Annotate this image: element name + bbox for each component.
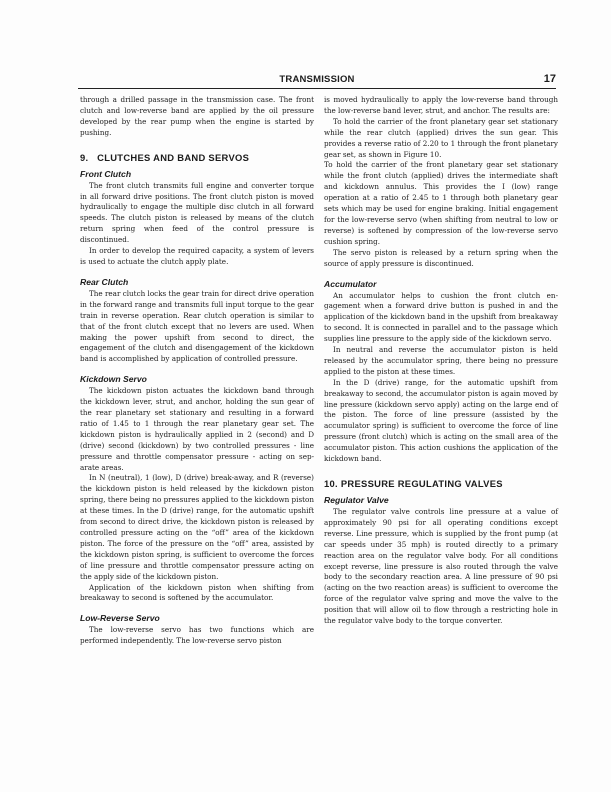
- paragraph: Application of the kickdown piston when …: [80, 583, 314, 605]
- paragraph: In N (neutral), 1 (low), D (drive) break…: [80, 473, 314, 582]
- intro-paragraph: through a drilled passage in the transmi…: [80, 95, 314, 139]
- running-header: TRANSMISSION 17: [78, 74, 556, 89]
- page-number: 17: [544, 73, 556, 85]
- paragraph: To hold the carrier of the front planeta…: [324, 160, 558, 247]
- document-page: TRANSMISSION 17 through a drilled passag…: [0, 0, 611, 792]
- paragraph: The regulator valve controls line pressu…: [324, 507, 558, 627]
- paragraph: The servo piston is released by a return…: [324, 248, 558, 270]
- paragraph: To hold the carrier of the front planeta…: [324, 117, 558, 161]
- paragraph: In order to develop the required capacit…: [80, 246, 314, 268]
- section-heading-pressure-regulating-valves: 10. PRESSURE REGULATING VALVES: [324, 478, 558, 489]
- continuation-paragraph: is moved hydraulically to apply the low-…: [324, 95, 558, 117]
- paragraph: An accumulator helps to cushion the fron…: [324, 291, 558, 346]
- section-heading-clutches-band-servos: 9. CLUTCHES AND BAND SERVOS: [80, 152, 314, 163]
- subheading-low-reverse-servo: Low-Reverse Servo: [80, 613, 314, 624]
- paragraph: The low-reverse servo has two functions …: [80, 625, 314, 647]
- paragraph: In the D (drive) range, for the automati…: [324, 378, 558, 465]
- paragraph: The front clutch transmits full engine a…: [80, 181, 314, 246]
- subheading-kickdown-servo: Kickdown Servo: [80, 374, 314, 385]
- right-column: is moved hydraulically to apply the low-…: [324, 95, 558, 627]
- paragraph: In neutral and reverse the accumulator p…: [324, 345, 558, 378]
- left-column: through a drilled passage in the transmi…: [80, 95, 314, 647]
- subheading-front-clutch: Front Clutch: [80, 169, 314, 180]
- running-title: TRANSMISSION: [78, 74, 556, 85]
- subheading-regulator-valve: Regulator Valve: [324, 495, 558, 506]
- subheading-rear-clutch: Rear Clutch: [80, 277, 314, 288]
- paragraph: The rear clutch locks the gear train for…: [80, 289, 314, 365]
- subheading-accumulator: Accumulator: [324, 279, 558, 290]
- paragraph: The kickdown piston actuates the kickdow…: [80, 386, 314, 473]
